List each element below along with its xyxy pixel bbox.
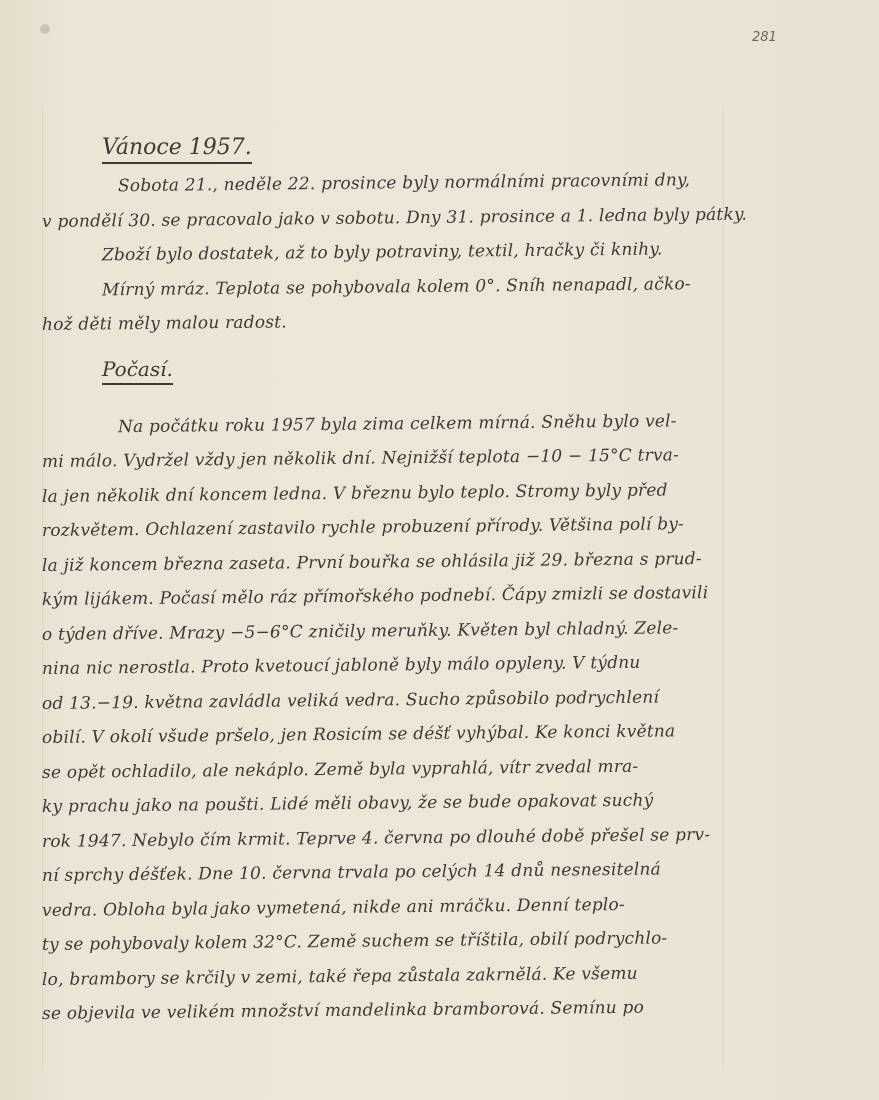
- text-line: se objevila ve velikém množství mandelin…: [42, 990, 732, 1032]
- section-heading-weather: Počasí.: [102, 357, 173, 385]
- paper-stain: [40, 24, 50, 34]
- page-number: 281: [752, 30, 777, 45]
- handwritten-content: Vánoce 1957. Sobota 21., neděle 22. pros…: [42, 125, 732, 1032]
- christmas-paragraph: Sobota 21., neděle 22. prosince byly nor…: [42, 170, 732, 343]
- scanned-page: 281 Vánoce 1957. Sobota 21., neděle 22. …: [0, 0, 879, 1100]
- text-line: hož děti měly malou radost.: [42, 301, 732, 343]
- weather-paragraph: Na počátku roku 1957 byla zima celkem mí…: [42, 411, 732, 1032]
- section-heading-christmas: Vánoce 1957.: [102, 135, 252, 164]
